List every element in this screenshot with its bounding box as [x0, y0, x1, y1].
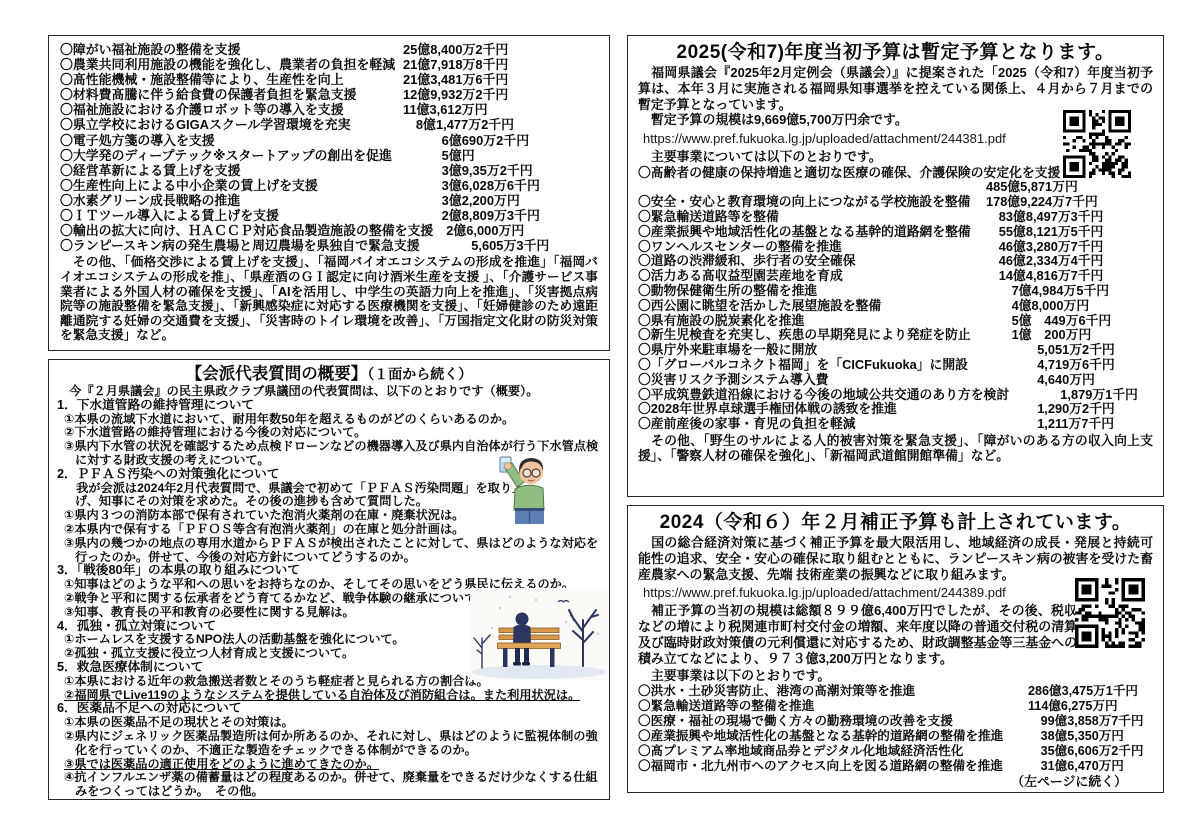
- item-amount: 2億8,809万3千円: [403, 208, 540, 223]
- project-label: 〇産業振興や地域活性化の基盤となる基幹的道路網を整備: [638, 225, 986, 240]
- item-amount: 25億8,400万2千円: [403, 42, 508, 57]
- project-amount: 83億8,497万3千円: [986, 210, 1103, 225]
- supplementary-budget-box: 2024（令和６）年２月補正予算も計上されています。 国の総合経済対策に基づく補…: [627, 505, 1164, 793]
- budget-line-item: 〇水素グリーン成長戦略の推進 3億2,200万円: [60, 193, 598, 208]
- project-label: 〇髙プレミアム率地域商品券とデジタル化地域経済活性化: [638, 744, 1028, 759]
- project-amount: 46億3,280万7千円: [986, 240, 1103, 255]
- project-line-item: 〇県有施設の脱炭素化を推進 5億 449万6千円: [638, 314, 1153, 329]
- project-line-item: 〇緊急輸送道路等の整備を推進 114億6,275万円: [638, 699, 1153, 714]
- main-projects-lead-2: 主要事業は以下のとおりです。: [638, 668, 1153, 685]
- item-label: 〇電子処方箋の導入を支援: [60, 133, 403, 148]
- project-amount: 4,640万円: [986, 373, 1095, 388]
- continue-note: （左ページに続く）: [638, 774, 1153, 790]
- item-label: 〇ランピースキン病の発生農場と周辺農場を県独自で緊急支援: [60, 238, 420, 253]
- project-line-item: 〇産業振興や地域活性化の基盤となる基幹的道路網を整備 55億8,121万5千円: [638, 225, 1153, 240]
- item-label: 〇県立学校におけるGIGAスクール学習環境を充実: [60, 117, 403, 132]
- project-label: 〇緊急輸送道路等の整備を推進: [638, 699, 1028, 714]
- project-label: 〇平成筑豊鉄道沿線における今後の地域公共交通のあり方を検討: [638, 388, 1009, 403]
- pfas-water-glass-illustration: [497, 454, 557, 526]
- project-amount: 4億8,000万円: [986, 299, 1089, 314]
- questions-title-main: 【会派代表質問の概要】: [186, 365, 368, 383]
- project-line-item: 〇西公園に眺望を活かした展望施設を整備 4億8,000万円: [638, 299, 1153, 314]
- project-line-item: 〇安全・安心と教育環境の向上につながる学校施設を整備 178億9,224万7千円: [638, 195, 1153, 210]
- project-amount: 1億 200万円: [986, 328, 1091, 343]
- main-projects-list-2: 〇洪水・土砂災害防止、港湾の髙潮対策等を推進 286億3,475万1千円 〇緊急…: [638, 684, 1153, 773]
- project-line-item: 〇産前産後の家事・育児の負担を軽減 1,211万7千円: [638, 417, 1153, 432]
- item-amount: 12億9,932万2千円: [403, 87, 508, 102]
- project-amount: 55億8,121万5千円: [986, 225, 1103, 240]
- question-line: ④抗インフルエンザ薬の備蓄量はどの程度あるのか。併せて、廃棄量をできるだけ少なく…: [57, 771, 601, 799]
- provisional-budget-title: 2025(令和7)年度当初予算は暫定予算となります。: [638, 40, 1153, 65]
- man-on-bench-icon: [470, 588, 608, 680]
- project-amount: 5億 449万6千円: [986, 314, 1111, 329]
- supplementary-budget-title: 2024（令和６）年２月補正予算も計上されています。: [638, 510, 1153, 535]
- project-line-item: 〇2028年世界卓球選手権団体戦の誘致を推進 1,290万2千円: [638, 402, 1153, 417]
- item-label: 〇農業共同利用施設の機能を強化し、農業者の負担を軽減: [60, 57, 403, 72]
- project-label: 〇「グローバルコネクト福岡」を「CICFukuoka」に開設: [638, 358, 986, 373]
- item-amount: 2億6,000万円: [433, 223, 524, 238]
- project-amount: 35億6,606万2千円: [1028, 744, 1144, 759]
- project-label: 〇洪水・土砂災害防止、港湾の髙潮対策等を推進: [638, 684, 1028, 699]
- project-amount: 114億6,275万円: [1028, 699, 1118, 714]
- question-line: 今『２月県議会』の民主県政クラブ県議団の代表質問は、以下のとおりです（概要）。: [57, 385, 601, 399]
- support-budget-items-box: 〇障がい福祉施設の整備を支援 25億8,400万2千円 〇農業共同利用施設の機能…: [48, 35, 610, 351]
- project-label: 〇産前産後の家事・育児の負担を軽減: [638, 417, 986, 432]
- project-line-item: 〇「グローバルコネクト福岡」を「CICFukuoka」に開設 4,719万6千円: [638, 358, 1153, 373]
- project-label: 〇県有施設の脱炭素化を推進: [638, 314, 986, 329]
- project-line-item: 〇活力ある髙収益型園芸産地を育成 14億4,816万7千円: [638, 269, 1153, 284]
- project-amount: 178億9,224万7千円: [986, 195, 1098, 210]
- project-line-item: 〇洪水・土砂災害防止、港湾の髙潮対策等を推進 286億3,475万1千円: [638, 684, 1153, 699]
- budget-item-list: 〇障がい福祉施設の整備を支援 25億8,400万2千円 〇農業共同利用施設の機能…: [60, 42, 598, 253]
- budget-line-item: 〇県立学校におけるGIGAスクール学習環境を充実 8億1,477万2千円: [60, 117, 598, 132]
- supplementary-budget-paragraph: 国の総合経済対策に基づく補正予算を最大限活用し、地域経済の成長・発展と持続可能性…: [638, 535, 1153, 582]
- project-label: 〇安全・安心と教育環境の向上につながる学校施設を整備: [638, 195, 986, 210]
- project-amount: 1,211万7千円: [986, 417, 1114, 432]
- budget-line-item: 〇ＩＴツール導入による賃上げを支援 2億8,809万3千円: [60, 208, 598, 223]
- question-line: ①本県の医薬品不足の現状とその対策は。: [57, 716, 601, 730]
- project-label: 〇福岡市・北九州市へのアクセス向上を図る道路網の整備を推進: [638, 759, 1028, 774]
- item-amount: 21億3,481万6千円: [403, 72, 508, 87]
- item-amount: 3億9,35万2千円: [403, 163, 533, 178]
- item-label: 〇水素グリーン成長戦略の推進: [60, 193, 403, 208]
- item-label: 〇材料費髙騰に伴う給食費の保護者負担を緊急支援: [60, 87, 403, 102]
- item-label: 〇輸出の拡大に向け、ＨＡＣＣＰ対応食品製造施設の整備を支援: [60, 223, 433, 238]
- project-amount: 1,290万2千円: [986, 402, 1115, 417]
- project-line-item: 〇緊急輸送道路等を整備 83億8,497万3千円: [638, 210, 1153, 225]
- budget-line-item: 〇大学発のディープテック※スタートアップの創出を促進 5億円: [60, 148, 598, 163]
- item-label: 〇ＩＴツール導入による賃上げを支援: [60, 208, 403, 223]
- project-amount: 14億4,816万7千円: [986, 269, 1103, 284]
- budget-line-item: 〇経営革新による賃上げを支援 3億9,35万2千円: [60, 163, 598, 178]
- project-amount: 99億3,858万7千円: [1028, 714, 1144, 729]
- project-label: 〇産業振興や地域活性化の基盤となる基幹的道路網の整備を推進: [638, 729, 1028, 744]
- item-label: 〇髙性能機械・施設整備等により、生産性を向上: [60, 72, 403, 87]
- project-label: 〇動物保健衛生所の整備を推進: [638, 284, 986, 299]
- provisional-budget-paragraph: 福岡県議会『2025年2月定例会（県議会）』に提案された「2025（令和7）年度…: [638, 65, 1153, 112]
- project-label: 〇2028年世界卓球選手権団体戦の誘致を推進: [638, 402, 986, 417]
- item-amount: 8億1,477万2千円: [403, 117, 514, 132]
- project-line-item: 〇動物保健衛生所の整備を推進 7億4,984万5千円: [638, 284, 1153, 299]
- questions-title-note: （１面から続く）: [367, 366, 472, 382]
- item-amount: 6億690万2千円: [403, 133, 529, 148]
- item-amount: 11億3,612万円: [403, 102, 488, 117]
- project-line-item: 〇産業振興や地域活性化の基盤となる基幹的道路網の整備を推進 38億5,350万円: [638, 729, 1153, 744]
- budget-line-item: 〇生産性向上による中小企業の賃上げを支援 3億6,028万6千円: [60, 178, 598, 193]
- budget-line-item: 〇ランピースキン病の発生農場と周辺農場を県独自で緊急支援 5,605万3千円: [60, 238, 598, 253]
- project-amount: 38億5,350万円: [1028, 729, 1124, 744]
- newsletter-page: 〇障がい福祉施設の整備を支援 25億8,400万2千円 〇農業共同利用施設の機能…: [0, 0, 1190, 840]
- questions-title: 【会派代表質問の概要】（１面から続く）: [57, 363, 601, 385]
- project-line-item: 〇平成筑豊鉄道沿線における今後の地域公共交通のあり方を検討 1,879万1千円: [638, 388, 1153, 403]
- budget-line-item: 〇電子処方箋の導入を支援 6億690万2千円: [60, 133, 598, 148]
- item-label: 〇生産性向上による中小企業の賃上げを支援: [60, 178, 403, 193]
- question-line: 1．下水道管路の維持管理について: [57, 399, 601, 413]
- project-line-item: 〇道路の渋滞緩和、歩行者の安全確保 46億2,334万4千円: [638, 254, 1153, 269]
- lonely-bench-illustration: [470, 588, 608, 680]
- item-amount: 5,605万3千円: [420, 238, 550, 253]
- project-label: 〇県庁外来駐車場を一般に開放: [638, 343, 986, 358]
- project-line-item: 〇新生児検査を充実し、疾患の早期発見により発症を防止 1億 200万円: [638, 328, 1153, 343]
- main-projects-list: 〇髙齢者の健康の保持増進と適切な医療の確保、介護保険の安定化を支援 485億5,…: [638, 166, 1153, 432]
- budget-line-item: 〇障がい福祉施設の整備を支援 25億8,400万2千円: [60, 42, 598, 57]
- project-label: 〇新生児検査を充実し、疾患の早期発見により発症を防止: [638, 328, 986, 343]
- project-amount: 31億6,470万円: [1028, 759, 1124, 774]
- qr-code-provisional-budget: [1063, 110, 1131, 178]
- project-amount: 485億5,871万円: [638, 180, 1153, 195]
- project-line-item: 〇災害リスク予測システム導入費 4,640万円: [638, 373, 1153, 388]
- project-label: 〇緊急輸送道路等を整備: [638, 210, 986, 225]
- project-label: 〇西公園に眺望を活かした展望施設を整備: [638, 299, 986, 314]
- item-label: 〇福祉施設における介護ロボット等の導入を支援: [60, 102, 403, 117]
- project-line-item: 〇県庁外来駐車場を一般に開放 5,051万2千円: [638, 343, 1153, 358]
- question-line: 我が会派は2024年2月代表質問で、県議会で初めて「ＰＦＡＳ汚染問題」を取り上げ…: [57, 482, 533, 510]
- item-amount: 21億7,918万8千円: [403, 57, 508, 72]
- project-amount: 286億3,475万1千円: [1028, 684, 1138, 699]
- project-line-item: 〇ワンヘルスセンターの整備を推進 46億3,280万7千円: [638, 240, 1153, 255]
- budget-line-item: 〇輸出の拡大に向け、ＨＡＣＣＰ対応食品製造施設の整備を支援 2億6,000万円: [60, 223, 598, 238]
- question-line: ②県内にジェネリック医薬品製造所は何か所あるのか、それに対し、県はどのように監視…: [57, 730, 601, 758]
- project-line-item: 〇医療・福祉の現場で働く方々の勤務環境の改善を支援 99億3,858万7千円: [638, 714, 1153, 729]
- project-label: 〇ワンヘルスセンターの整備を推進: [638, 240, 986, 255]
- item-label: 〇経営革新による賃上げを支援: [60, 163, 403, 178]
- question-line: ③県内の幾つかの地点の専用水道からＰＦＡＳが検出されたことに対して、県はどのよう…: [57, 537, 601, 565]
- item-amount: 5億円: [403, 148, 475, 163]
- budget-line-item: 〇農業共同利用施設の機能を強化し、農業者の負担を軽減 21億7,918万8千円: [60, 57, 598, 72]
- item-amount: 3億2,200万円: [403, 193, 520, 208]
- project-line-item: 〇福岡市・北九州市へのアクセス向上を図る道路網の整備を推進 31億6,470万円: [638, 759, 1153, 774]
- project-amount: 1,879万1千円: [1009, 388, 1138, 403]
- item-label: 〇大学発のディープテック※スタートアップの創出を促進: [60, 148, 403, 163]
- project-label: 〇医療・福祉の現場で働く方々の勤務環境の改善を支援: [638, 714, 1028, 729]
- other-measures-paragraph: その他、「価格交渉による賃上げを支援」、「福岡バイオエコシステムの形成を推進」「…: [60, 255, 598, 343]
- item-amount: 3億6,028万6千円: [403, 178, 540, 193]
- other-projects-paragraph: その他、「野生のサルによる人的被害対策を緊急支援」、「障がいのある方の収入向上支…: [638, 433, 1153, 463]
- qr-code-supplementary-budget: [1075, 578, 1145, 648]
- provisional-budget-box: 2025(令和7)年度当初予算は暫定予算となります。 福岡県議会『2025年2月…: [627, 35, 1164, 497]
- project-amount: 46億2,334万4千円: [986, 254, 1103, 269]
- project-amount: 5,051万2千円: [986, 343, 1115, 358]
- project-amount: 4,719万6千円: [986, 358, 1115, 373]
- project-line-item: 〇髙プレミアム率地域商品券とデジタル化地域経済活性化 35億6,606万2千円: [638, 744, 1153, 759]
- budget-line-item: 〇福祉施設における介護ロボット等の導入を支援 11億3,612万円: [60, 102, 598, 117]
- faction-questions-box: 【会派代表質問の概要】（１面から続く） 今『２月県議会』の民主県政クラブ県議団の…: [48, 359, 610, 800]
- project-label: 〇髙齢者の健康の保持増進と適切な医療の確保、介護保険の安定化を支援: [638, 165, 1060, 180]
- project-label: 〇活力ある髙収益型園芸産地を育成: [638, 269, 986, 284]
- budget-line-item: 〇材料費髙騰に伴う給食費の保護者負担を緊急支援 12億9,932万2千円: [60, 87, 598, 102]
- man-with-glass-icon: [497, 454, 557, 526]
- budget-line-item: 〇髙性能機械・施設整備等により、生産性を向上 21億3,481万6千円: [60, 72, 598, 87]
- item-label: 〇障がい福祉施設の整備を支援: [60, 42, 403, 57]
- project-amount: 7億4,984万5千円: [986, 284, 1109, 299]
- project-label: 〇災害リスク予測システム導入費: [638, 373, 986, 388]
- project-label: 〇道路の渋滞緩和、歩行者の安全確保: [638, 254, 986, 269]
